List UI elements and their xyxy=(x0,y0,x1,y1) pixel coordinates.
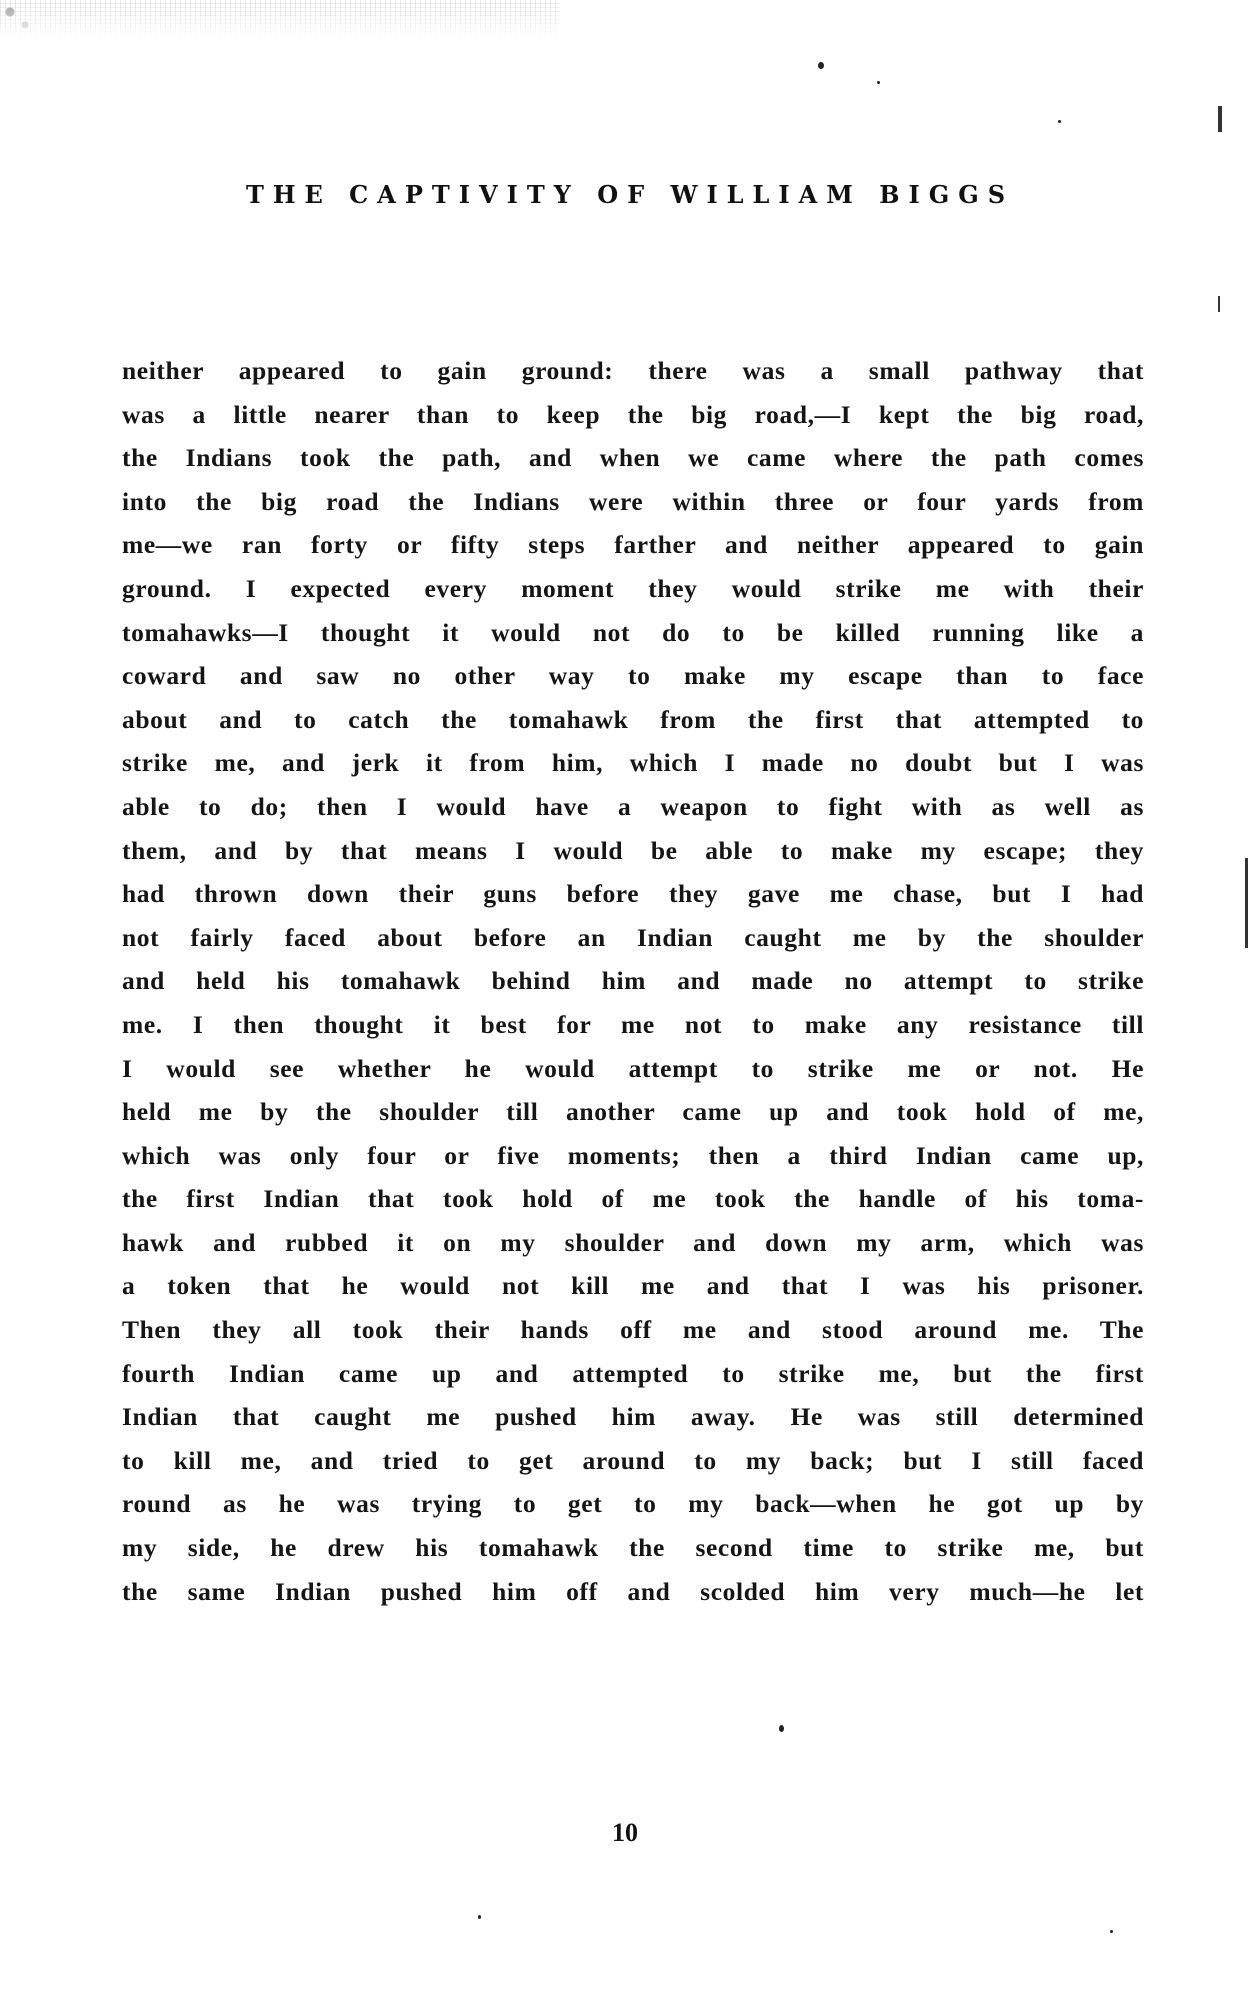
text-line: them, and by that means I would be able … xyxy=(122,830,1144,874)
text-line: me—we ran forty or fifty steps farther a… xyxy=(122,524,1144,568)
scan-edge-mark xyxy=(1245,858,1248,948)
text-line: the Indians took the path, and when we c… xyxy=(122,437,1144,481)
text-line: a token that he would not kill me and th… xyxy=(122,1265,1144,1309)
text-line: and held his tomahawk behind him and mad… xyxy=(122,960,1144,1004)
text-line: fourth Indian came up and attempted to s… xyxy=(122,1353,1144,1397)
text-line: ground. I expected every moment they wou… xyxy=(122,568,1144,612)
text-line: coward and saw no other way to make my e… xyxy=(122,655,1144,699)
text-line: not fairly faced about before an Indian … xyxy=(122,917,1144,961)
text-line: which was only four or five moments; the… xyxy=(122,1135,1144,1179)
text-line: was a little nearer than to keep the big… xyxy=(122,394,1144,438)
text-line: round as he was trying to get to my back… xyxy=(122,1483,1144,1527)
scan-edge-mark xyxy=(1218,106,1222,132)
text-line: able to do; then I would have a weapon t… xyxy=(122,786,1144,830)
scan-speck xyxy=(779,1725,784,1732)
scan-speck xyxy=(478,1915,481,1919)
text-line: my side, he drew his tomahawk the second… xyxy=(122,1527,1144,1571)
text-line: hawk and rubbed it on my shoulder and do… xyxy=(122,1222,1144,1266)
text-line: I would see whether he would attempt to … xyxy=(122,1048,1144,1092)
text-line: the first Indian that took hold of me to… xyxy=(122,1178,1144,1222)
scan-speck xyxy=(1110,1930,1113,1933)
text-line: neither appeared to gain ground: there w… xyxy=(122,350,1144,394)
running-head: THE CAPTIVITY OF WILLIAM BIGGS xyxy=(0,180,1250,209)
text-line: to kill me, and tried to get around to m… xyxy=(122,1440,1144,1484)
text-line: me. I then thought it best for me not to… xyxy=(122,1004,1144,1048)
text-line: Then they all took their hands off me an… xyxy=(122,1309,1144,1353)
scan-speck xyxy=(818,62,824,69)
body-text: neither appeared to gain ground: there w… xyxy=(122,350,1124,1614)
scan-noise-top-left xyxy=(0,0,560,40)
scan-edge-mark xyxy=(1218,296,1220,312)
scan-speck xyxy=(1058,120,1061,123)
text-line: tomahawks—I thought it would not do to b… xyxy=(122,612,1144,656)
text-line: Indian that caught me pushed him away. H… xyxy=(122,1396,1144,1440)
text-line: strike me, and jerk it from him, which I… xyxy=(122,742,1144,786)
text-line: into the big road the Indians were withi… xyxy=(122,481,1144,525)
text-line: held me by the shoulder till another cam… xyxy=(122,1091,1144,1135)
page-number: 10 xyxy=(0,1818,1250,1848)
text-line: the same Indian pushed him off and scold… xyxy=(122,1571,1144,1615)
scan-speck xyxy=(877,81,880,84)
text-line: about and to catch the tomahawk from the… xyxy=(122,699,1144,743)
text-line: had thrown down their guns before they g… xyxy=(122,873,1144,917)
